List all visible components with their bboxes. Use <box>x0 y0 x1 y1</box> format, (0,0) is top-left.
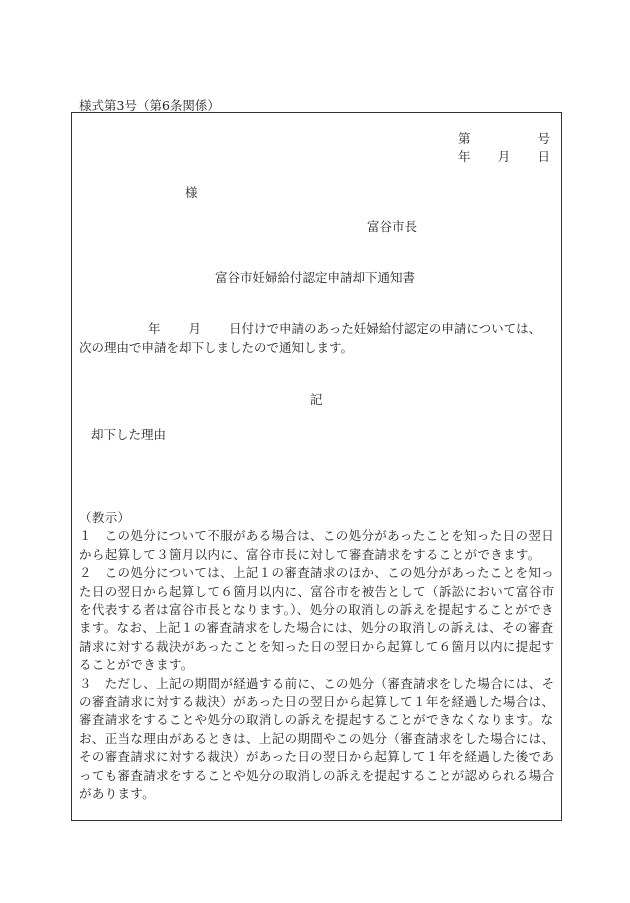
appeal-notice: （教示） １ この処分について不服がある場合は、この処分があったことを知った日の… <box>79 509 557 804</box>
body-line-1: 年月日付けで申請のあった妊婦給付認定の申請については、 <box>148 319 541 337</box>
notice-heading: （教示） <box>79 509 557 527</box>
number-suffix: 号 <box>537 129 550 147</box>
number-prefix: 第 <box>458 129 471 147</box>
date-year: 年 <box>458 147 471 165</box>
date-month: 月 <box>498 147 511 165</box>
addressee: 様 <box>185 183 198 201</box>
body-month: 月 <box>189 321 202 336</box>
date-day: 日 <box>537 147 550 165</box>
notice-item-1: １ この処分について不服がある場合は、この処分があったことを知った日の翌日から起… <box>79 527 557 564</box>
body-year: 年 <box>148 321 161 336</box>
document-number-row: 第 号 <box>458 129 550 147</box>
issuer: 富谷市長 <box>367 217 417 235</box>
ki-heading: 記 <box>310 390 323 408</box>
notice-item-3: ３ ただし、上記の期間が経過する前に、この処分（審査請求をした場合には、その審査… <box>79 675 557 804</box>
body-line1-rest: 日付けで申請のあった妊婦給付認定の申請については、 <box>229 321 541 336</box>
notice-item-2: ２ この処分については、上記１の審査請求のほか、この処分があったことを知った日の… <box>79 564 557 674</box>
body-line-2: 次の理由で申請を却下しましたので通知します。 <box>79 338 353 356</box>
issue-date-row: 年 月 日 <box>458 147 550 165</box>
document-title: 富谷市妊婦給付認定申請却下通知書 <box>0 268 630 286</box>
reason-label: 却下した理由 <box>91 425 166 443</box>
